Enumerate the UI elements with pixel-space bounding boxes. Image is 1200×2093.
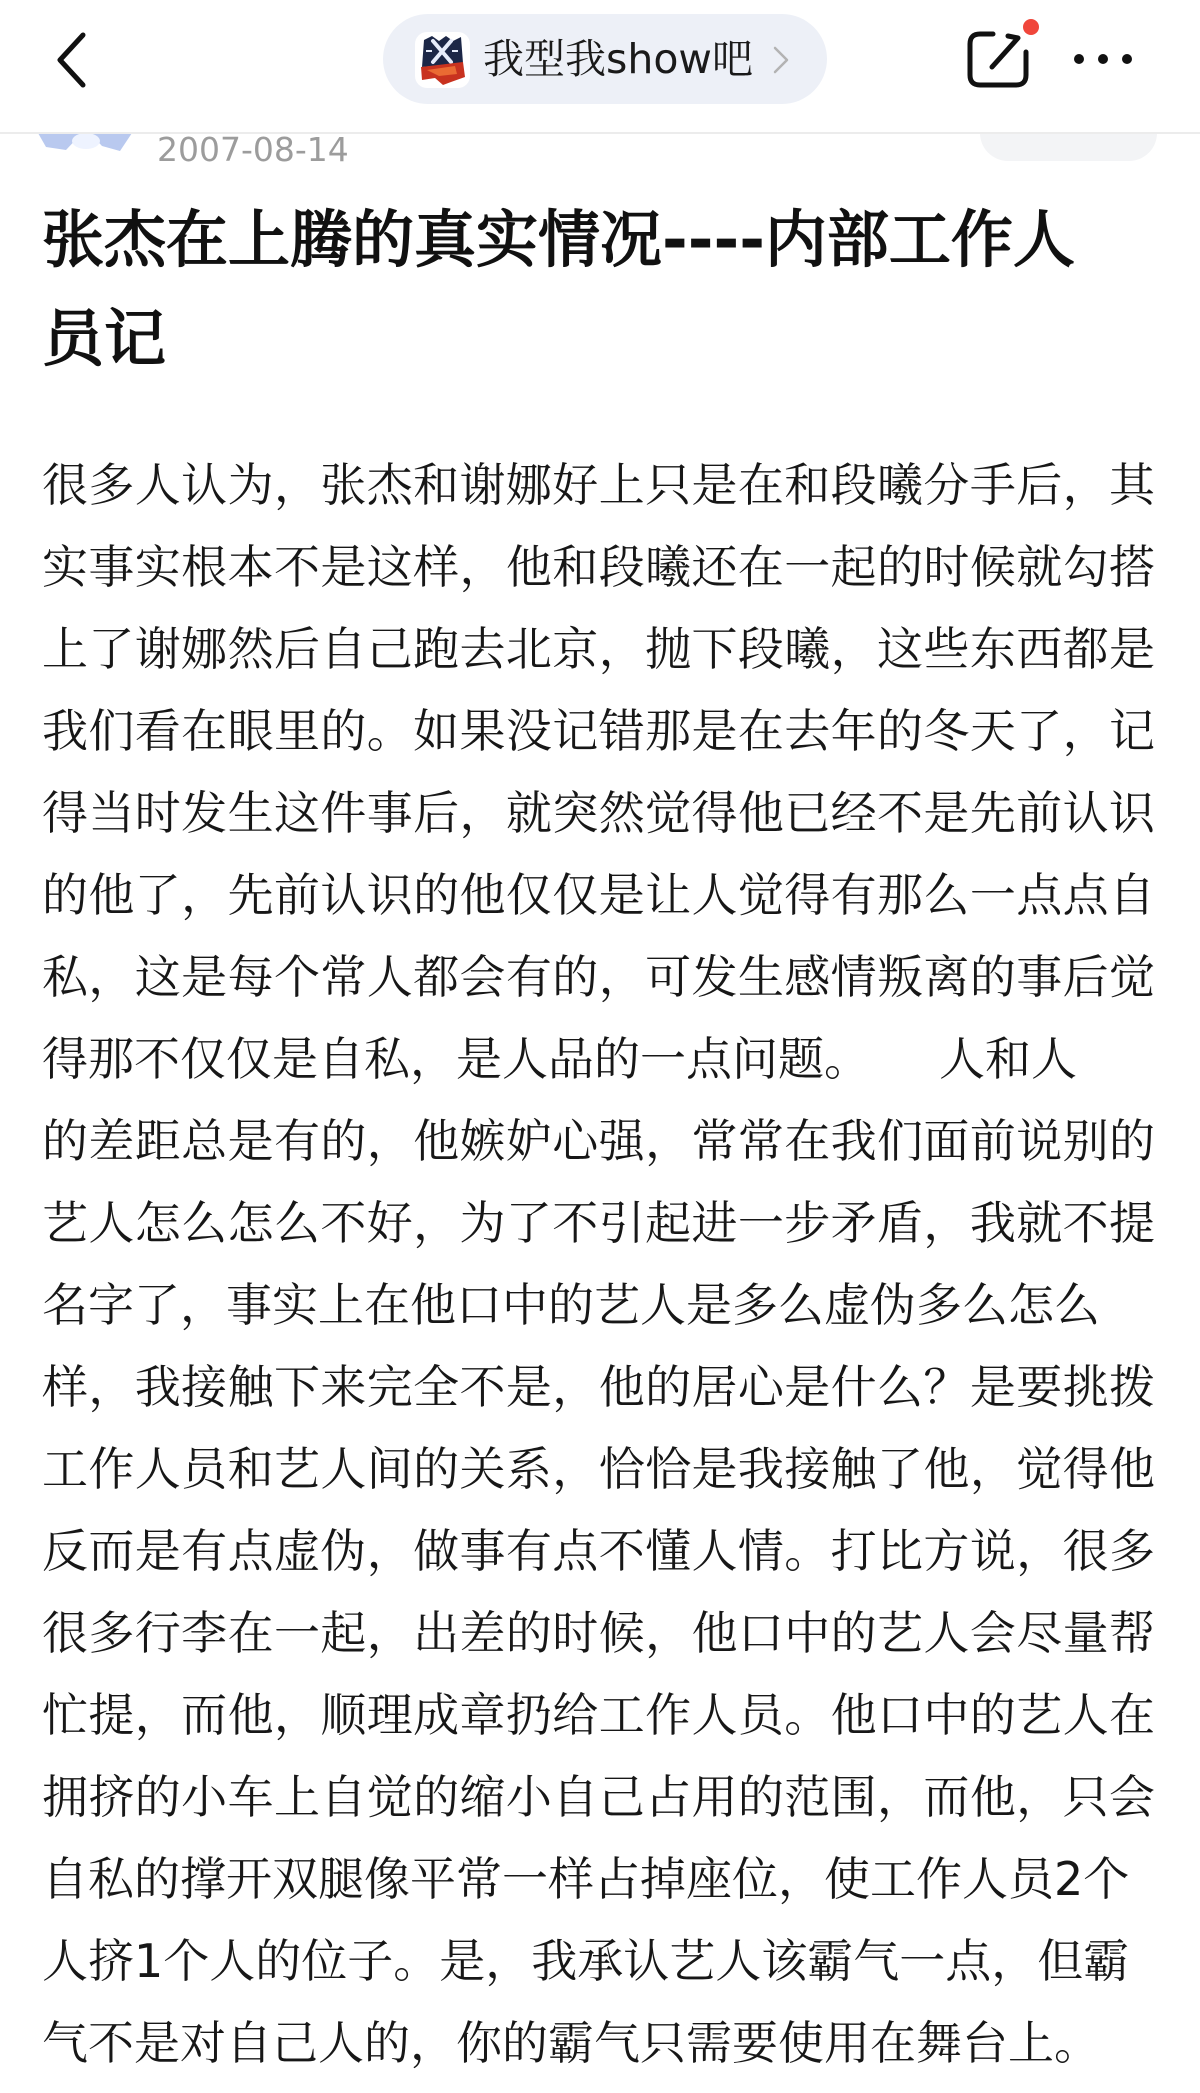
more-icon-dot (1122, 54, 1132, 64)
post-date: 2007-08-14 (157, 133, 349, 167)
compose-icon (964, 28, 1032, 92)
forum-avatar-image (415, 32, 470, 88)
compose-button[interactable] (964, 28, 1032, 92)
more-button[interactable] (1068, 44, 1138, 74)
body-line: 实事实根本不是这样，他和段曦还在一起的时候就勾搭 (42, 526, 1155, 608)
body-line: 私，这是每个常人都会有的，可发生感情叛离的事后觉 (42, 936, 1155, 1018)
body-line: 很多人认为，张杰和谢娜好上只是在和段曦分手后，其 (42, 444, 1155, 526)
body-line: 艺人怎么怎么不好，为了不引起进一步矛盾，我就不提 (42, 1182, 1155, 1264)
body-line: 的差距总是有的，他嫉妒心强，常常在我们面前说别的 (42, 1100, 1155, 1182)
chevron-left-icon (50, 28, 90, 92)
more-icon-dot (1074, 54, 1084, 64)
body-line: 的他了，先前认识的他仅仅是让人觉得有那么一点点自 (42, 854, 1155, 936)
body-line: 得那不仅仅是自私，是人品的一点问题。 人和人 (42, 1018, 1155, 1100)
post-title-line: 员记 (42, 289, 1162, 388)
body-line: 自私的撑开双腿像平常一样占掉座位，使工作人员2个 (42, 1838, 1155, 1920)
post-title-line: 张杰在上腾的真实情况----内部工作人 (42, 190, 1162, 289)
post-title: 张杰在上腾的真实情况----内部工作人 员记 (42, 190, 1162, 388)
body-line: 得当时发生这件事后，就突然觉得他已经不是先前认识 (42, 772, 1155, 854)
body-line: 反而是有点虚伪，做事有点不懂人情。打比方说，很多 (42, 1510, 1155, 1592)
more-icon-dot (1098, 54, 1108, 64)
post-body: 很多人认为，张杰和谢娜好上只是在和段曦分手后，其 实事实根本不是这样，他和段曦还… (42, 444, 1155, 2084)
forum-name: 我型我show吧 (483, 14, 753, 104)
body-line: 人挤1个人的位子。是，我承认艺人该霸气一点，但霸 (42, 1920, 1155, 2002)
body-line: 名字了，事实上在他口中的艺人是多么虚伪多么怎么 (42, 1264, 1155, 1346)
notification-badge (1023, 19, 1039, 35)
top-nav-bar: 我型我show吧 (0, 0, 1200, 134)
author-avatar-icon (36, 133, 136, 155)
body-line: 很多行李在一起，出差的时候，他口中的艺人会尽量帮 (42, 1592, 1155, 1674)
body-line: 上了谢娜然后自己跑去北京，抛下段曦，这些东西都是 (42, 608, 1155, 690)
follow-button[interactable] (980, 133, 1157, 161)
body-line: 拥挤的小车上自觉的缩小自己占用的范围，而他，只会 (42, 1756, 1155, 1838)
forum-entry-button[interactable]: 我型我show吧 (383, 14, 827, 104)
body-line: 气不是对自己人的，你的霸气只需要使用在舞台上。 (42, 2002, 1155, 2084)
body-line: 样，我接触下来完全不是，他的居心是什么？是要挑拨 (42, 1346, 1155, 1428)
chevron-right-icon (771, 45, 791, 75)
author-avatar[interactable] (36, 133, 136, 155)
back-button[interactable] (50, 28, 90, 92)
body-line: 忙提，而他，顺理成章扔给工作人员。他口中的艺人在 (42, 1674, 1155, 1756)
body-line: 我们看在眼里的。如果没记错那是在去年的冬天了，记 (42, 690, 1155, 772)
body-line: 工作人员和艺人间的关系，恰恰是我接触了他，觉得他 (42, 1428, 1155, 1510)
